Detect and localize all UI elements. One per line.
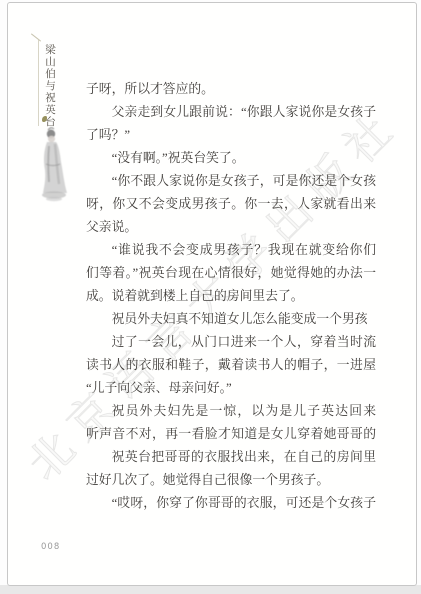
text-line: 成。说着就到楼上自己的房间里去了。	[86, 285, 376, 308]
text-line: 了吗？”	[86, 124, 376, 147]
text-line: “儿子向父亲、母亲问好。”	[86, 377, 376, 400]
text-line: 父亲走到女儿跟前说：“你跟人家说你是女孩子	[86, 101, 376, 124]
body-text: 子呀，所以才答应的。父亲走到女儿跟前说：“你跟人家说你是女孩子了吗？”“没有啊。…	[86, 78, 376, 515]
page-number: 008	[41, 542, 60, 552]
lady-ink-illustration-image	[34, 124, 84, 209]
text-line: 读书人的衣服和鞋子，戴着读书人的帽子，一进屋就说：	[86, 354, 376, 377]
text-line: “哎呀，你穿了你哥哥的衣服，可还是个女孩子呀。	[86, 492, 376, 515]
title-bracket-line	[38, 40, 39, 126]
scan-background-strip	[0, 585, 421, 594]
text-line: “没有啊。”祝英台笑了。	[86, 147, 376, 170]
text-line: 祝员外夫妇先是一惊，以为是儿子英达回来了。但是	[86, 400, 376, 423]
text-line: 呀，你又不会变成男孩子。你一去，人家就看出来了。”	[86, 193, 376, 216]
text-line: “谁说我不会变成男孩子？我现在就变给你们看，你	[86, 239, 376, 262]
title-bracket-tick	[31, 33, 41, 41]
text-line: 父亲说。	[86, 216, 376, 239]
text-line: 祝员外夫妇真不知道女儿怎么能变成一个男孩子。	[86, 308, 376, 331]
text-line: 子呀，所以才答应的。	[86, 78, 376, 101]
text-line: “你不跟人家说你是女孩子，可是你还是个女孩子	[86, 170, 376, 193]
text-line: 祝英台把哥哥的衣服找出来，在自己的房间里已经试	[86, 446, 376, 469]
text-line: 听声音不对，再一看脸才知道是女儿穿着她哥哥的衣服。	[86, 423, 376, 446]
text-line: 们等着。”祝英台现在心情很好，她觉得她的办法一定能	[86, 262, 376, 285]
book-page: 北京语言大学出版社 梁山伯与祝英台 子呀，所以才答应的。父亲走到女儿跟	[7, 2, 417, 586]
text-line: 过了一会儿，从门口进来一个人，穿着当时流行的	[86, 331, 376, 354]
text-line: 过好几次了。她觉得自己很像一个男孩子。	[86, 469, 376, 492]
